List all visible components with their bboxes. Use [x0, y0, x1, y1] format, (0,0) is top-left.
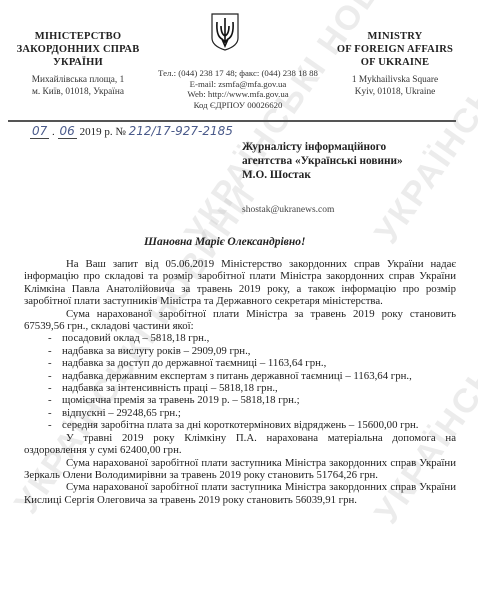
list-item: надбавка за вислугу років – 2909,09 грн.…: [24, 345, 456, 357]
ref-month: 06: [58, 124, 77, 139]
list-item: посадовий оклад – 5818,18 грн.,: [24, 332, 456, 344]
address-en: 1 Mykhailivska Square Kyiv, 01018, Ukrai…: [320, 75, 470, 98]
contact-info: Тел.: (044) 238 17 48; факс: (044) 238 1…: [138, 68, 338, 110]
salutation: Шановна Маріє Олександрівно!: [144, 236, 305, 248]
reference-line: 07 . 06 2019 р. № 212/17-927-2185: [30, 124, 233, 139]
salary-components-list: посадовий оклад – 5818,18 грн., надбавка…: [24, 332, 456, 431]
org-name-ua: МІНІСТЕРСТВО ЗАКОРДОННИХ СПРАВ УКРАЇНИ: [8, 30, 148, 69]
ministry-header-ua: МІНІСТЕРСТВО ЗАКОРДОННИХ СПРАВ УКРАЇНИ М…: [8, 30, 148, 98]
paragraph-request: На Ваш запит від 05.06.2019 Міністерство…: [24, 258, 456, 308]
ref-number: 212/17-927-2185: [129, 124, 233, 138]
list-item: надбавка за доступ до державної таємниці…: [24, 357, 456, 369]
ministry-header-en: MINISTRY OF FOREIGN AFFAIRS OF UKRAINE 1…: [320, 30, 470, 98]
letter-page: УКРАЇНСЬКІ НОВИНИ УКРАЇНСЬКІ НОВИНИ УКРА…: [0, 0, 478, 603]
recipient-block: Журналісту інформаційного агентства «Укр…: [242, 140, 403, 182]
list-item: надбавка державним експертам з питань де…: [24, 370, 456, 382]
list-item: відпускні – 29248,65 грн.;: [24, 407, 456, 419]
ref-day: 07: [30, 124, 49, 139]
list-item: середня заробітна плата за дні короткоте…: [24, 419, 456, 431]
header-divider: [8, 120, 456, 122]
org-name-en: MINISTRY OF FOREIGN AFFAIRS OF UKRAINE: [320, 30, 470, 69]
letter-body: На Ваш запит від 05.06.2019 Міністерство…: [24, 258, 456, 506]
list-item: надбавка за інтенсивність праці – 5818,1…: [24, 382, 456, 394]
recipient-email: shostak@ukranews.com: [242, 205, 334, 215]
paragraph-deputy-zerkal: Сума нарахованої заробітної плати заступ…: [24, 457, 456, 482]
paragraph-material-aid: У травні 2019 року Клімкіну П.А. нарахов…: [24, 432, 456, 457]
address-ua: Михайлівська площа, 1 м. Київ, 01018, Ук…: [8, 75, 148, 98]
paragraph-minister-salary: Сума нарахованої заробітної плати Мініст…: [24, 308, 456, 333]
ref-year: 2019 р. №: [80, 126, 126, 138]
list-item: щомісячна премія за травень 2019 р. – 58…: [24, 394, 456, 406]
trident-crest-icon: [210, 12, 240, 52]
paragraph-deputy-kyslytsia: Сума нарахованої заробітної плати заступ…: [24, 481, 456, 506]
